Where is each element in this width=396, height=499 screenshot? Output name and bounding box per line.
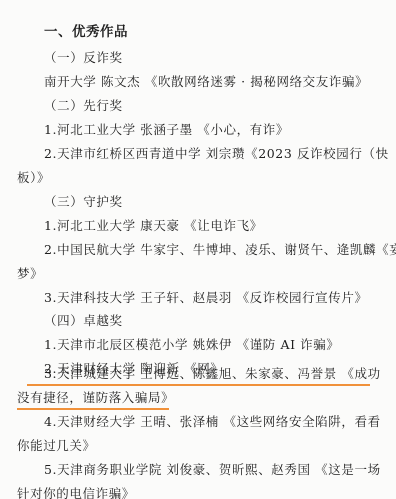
- category-heading-pioneer: （二）先行奖: [44, 98, 123, 114]
- entry-text: 2.中国民航大学 牛家宇、牛博坤、凌乐、谢贤午、逄凯麟《妄: [44, 242, 396, 258]
- category-heading-excellence: （四）卓越奖: [44, 313, 123, 329]
- category-heading-guardian: （三）守护奖: [44, 194, 123, 210]
- highlight-underline: [27, 384, 370, 386]
- entry-text: 南开大学 陈文杰 《吹散网络迷雾 · 揭秘网络交友诈骗》: [44, 74, 368, 90]
- highlight-underline: [17, 408, 169, 410]
- entry-text: 5.天津商务职业学院 刘俊豪、贺昕熙、赵秀国 《这是一场: [44, 462, 381, 478]
- entry-text-continued: 板）》: [17, 170, 50, 186]
- entry-text: 2.天津市红桥区西青道中学 刘宗瓒《2023 反诈校园行（快: [44, 146, 389, 162]
- highlighted-entry-line-2: 没有捷径，谨防落入骗局》: [17, 390, 174, 406]
- entry-text-continued: 你能过几关》: [17, 438, 96, 454]
- entry-text: 1.河北工业大学 张涵子墨 《小心，有诈》: [44, 122, 289, 138]
- entry-text-continued: 针对你的电信诈骗》: [17, 486, 135, 499]
- highlighted-entry-line-1: 3.天津城建大学 王博远、陈鑫旭、朱家豪、冯誉景 《成功: [44, 366, 381, 382]
- section-title: 一、优秀作品: [44, 24, 128, 40]
- entry-text-continued: 梦》: [17, 266, 43, 282]
- entry-text: 3.天津科技大学 王子轩、赵晨羽 《反诈校园行宣传片》: [44, 290, 368, 306]
- category-heading-anti-fraud: （一）反诈奖: [44, 50, 123, 66]
- entry-text: 1.河北工业大学 康天豪 《让电诈飞》: [44, 218, 263, 234]
- entry-text: 4.天津财经大学 王晴、张泽楠 《这些网络安全陷阱，看看: [44, 414, 381, 430]
- entry-text: 1.天津市北辰区模范小学 姚姝伊 《谨防 AI 诈骗》: [44, 337, 340, 353]
